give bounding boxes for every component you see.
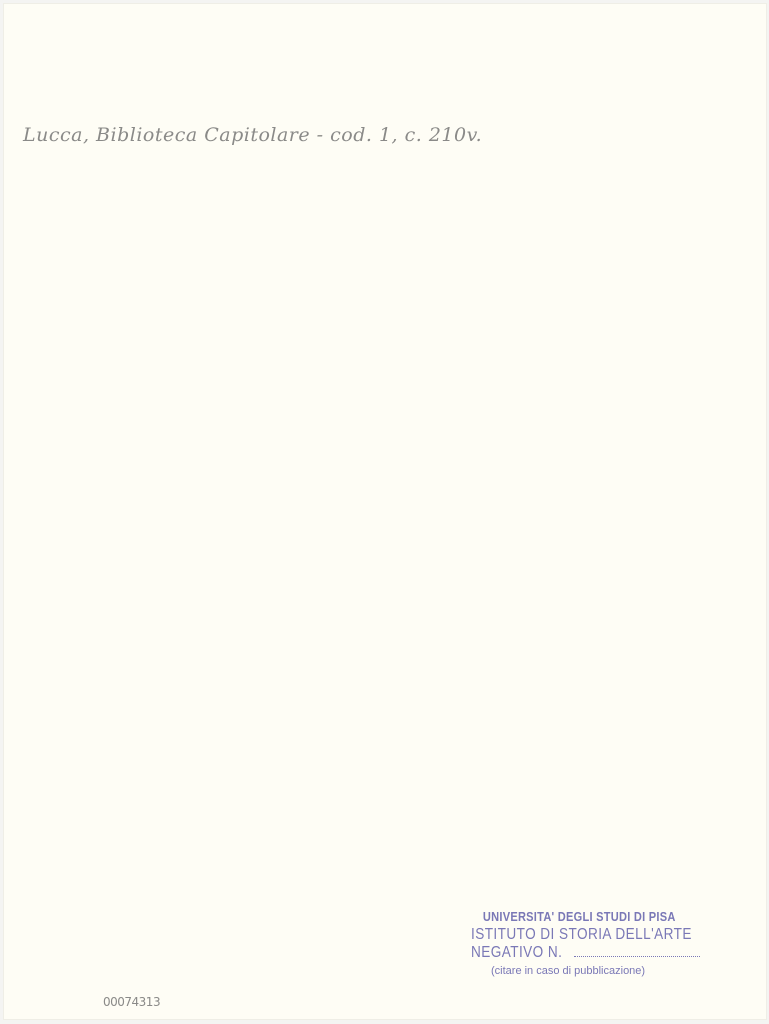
stamp-university: UNIVERSITA' DEGLI STUDI DI PISA (471, 909, 692, 924)
stamp-negative-number: NEGATIVO N. (471, 944, 731, 962)
stamp-negative-label: NEGATIVO N. (471, 944, 562, 962)
archive-card: Lucca, Biblioteca Capitolare - cod. 1, c… (3, 3, 767, 1020)
institute-stamp: UNIVERSITA' DEGLI STUDI DI PISA ISTITUTO… (471, 909, 731, 977)
handwritten-caption: Lucca, Biblioteca Capitolare - cod. 1, c… (23, 124, 482, 146)
inventory-number: 00074313 (103, 995, 160, 1009)
stamp-institute: ISTITUTO DI STORIA DELL'ARTE (471, 926, 692, 944)
stamp-citation-note: (citare in caso di pubblicazione) (471, 965, 731, 977)
stamp-dotted-field (574, 955, 700, 957)
